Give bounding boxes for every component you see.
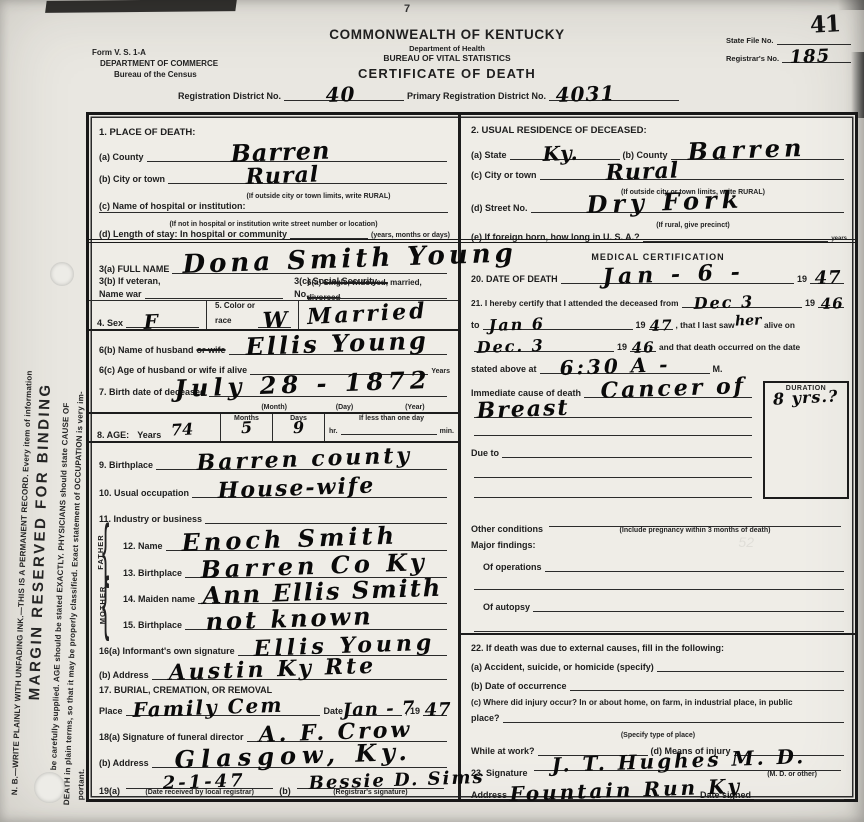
hole-punch (34, 772, 65, 803)
city-value: Rural (245, 163, 319, 188)
her-handwritten: her (734, 313, 761, 328)
row-physician-signature: 23. Signature J. T. Hughes M. D. (M. D. … (461, 755, 855, 779)
husband-age-suffix: Years (431, 368, 450, 375)
age-days-value: 9 (293, 420, 305, 437)
of-operations-label: Of operations (483, 562, 542, 572)
from-19: 19 (805, 298, 815, 308)
age-min-label: min. (440, 428, 454, 435)
row-funeral-director-address: (b) Address Glasgow, Ky. (89, 743, 458, 769)
bureau-name: Bureau of the Census (114, 69, 218, 80)
funeral-director-address-label: (b) Address (99, 758, 149, 768)
burial-date-label: Date (323, 706, 343, 716)
attended-from-year: 46 (820, 296, 843, 312)
county-label: (a) County (99, 152, 144, 162)
occupation-value: House-wife (217, 475, 375, 502)
res-city-value: Rural (606, 159, 680, 184)
age-years-label: Years (137, 430, 161, 440)
registration-district-row: Registration District No. 40 Primary Reg… (178, 88, 778, 101)
external-causes-title: 22. If death was due to external causes,… (471, 643, 724, 653)
scan-artifact-top-bar (45, 0, 237, 13)
last-19: 19 (617, 342, 627, 352)
funeral-director-address-value: Glasgow, Ky. (174, 740, 413, 772)
mother-name-label: 14. Maiden name (123, 594, 195, 604)
age-years-value: 74 (171, 421, 194, 438)
row-birth-date: 7. Birth date of deceased July 28 - 1872… (89, 376, 458, 412)
commonwealth-title: COMMONWEALTH OF KENTUCKY (292, 27, 602, 42)
row-husband-name: 6(b) Name of husband or wife Ellis Young (89, 331, 458, 356)
form-right-column: 2. USUAL RESIDENCE OF DECEASED: (a) Stat… (461, 115, 855, 799)
place-of-death-title: 1. PLACE OF DEATH: (99, 127, 195, 138)
street-value: Dry Fork (586, 188, 744, 217)
reg-district-value: 40 (325, 84, 356, 105)
sex-value: F (144, 311, 160, 332)
registrar-no-value: 185 (790, 48, 831, 67)
age-label: 8. AGE: (97, 430, 129, 440)
section-cause-of-death: DURATION 8 yrs.? Immediate cause of deat… (461, 377, 855, 511)
reg-district-label: Registration District No. (178, 91, 281, 101)
certify-line3: and that death occurred on the date (659, 342, 800, 352)
occupation-label: 10. Usual occupation (99, 488, 189, 498)
age-months-value: 5 (241, 420, 253, 437)
immediate-cause-value2: Breast (476, 397, 570, 422)
accident-label: (a) Accident, suicide, or homicide (spec… (471, 662, 654, 672)
row-physician-address: Address Fountain Run Ky Date signed (461, 779, 855, 801)
received-label: 19(a) (99, 786, 120, 796)
veteran-war-label: Name war (99, 289, 142, 299)
scan-artifact-corner (838, 0, 864, 10)
marital-status-value: Married (307, 300, 429, 328)
registrar-sig-label: (b) (279, 786, 291, 796)
header-file-numbers: State File No. 41 Registrar's No. 185 (726, 25, 854, 63)
row-other-conditions: Other conditions (Include pregnancy with… (461, 511, 855, 535)
row-industry: 11. Industry or business (89, 499, 458, 525)
row-birthplace: 9. Birthplace Barren county (89, 443, 458, 471)
birthplace-value: Barren county (196, 444, 412, 474)
form-left-column: 1. PLACE OF DEATH: (a) County Barren (b)… (89, 115, 461, 799)
row-full-name: 3(a) FULL NAME Dona Smith Young (89, 243, 458, 275)
mother-birthplace-value: not known (205, 604, 374, 634)
age-less-than-day-label: If less than one day (329, 415, 454, 422)
section-place-of-death: 1. PLACE OF DEATH: (a) County Barren (b)… (89, 115, 458, 243)
birth-date-value: July 28 - 1872 (174, 368, 432, 401)
other-conditions-hint: (Include pregnancy within 3 months of de… (543, 527, 847, 534)
informant-address-value: Austin Ky Rte (169, 655, 377, 684)
other-conditions-label: Other conditions (471, 524, 543, 534)
res-city-label: (c) City or town (471, 170, 537, 180)
industry-label: 11. Industry or business (99, 514, 202, 524)
immediate-cause-value: Cancer of (600, 375, 746, 402)
row-occupation: 10. Usual occupation House-wife (89, 471, 458, 499)
header-title-block: COMMONWEALTH OF KENTUCKY Department of H… (292, 27, 602, 81)
husband-label: 6(b) Name of husband (99, 345, 194, 355)
row-burial: 17. BURIAL, CREMATION, OR REMOVAL Place … (89, 681, 458, 719)
attended-to-year: 47 (650, 318, 673, 334)
certificate-form: 1. PLACE OF DEATH: (a) County Barren (b)… (86, 112, 858, 802)
sex-label: 4. Sex (97, 318, 123, 328)
registrar-signature-value: Bessie D. Sims (308, 769, 485, 793)
death-certificate-scan: 7 N. B.—WRITE PLAINLY WITH UNFADING INK.… (0, 0, 864, 822)
row-certification-statement: 21. I hereby certify that I attended the… (461, 285, 855, 377)
primary-district-value: 4031 (555, 83, 615, 105)
mother-block: MOTHER { 14. Maiden name Ann Ellis Smith… (89, 579, 458, 631)
due-to-label: Due to (471, 448, 499, 458)
physician-address-label: Address (471, 790, 507, 800)
hospital-label: (c) Name of hospital or institution: (99, 201, 246, 211)
major-findings-label: Major findings: (471, 540, 536, 550)
residence-title: 2. USUAL RESIDENCE OF DECEASED: (471, 125, 647, 136)
injury-where-label: (c) Where did injury occur? In or about … (471, 698, 793, 707)
am-pm-label: M. (713, 364, 723, 374)
burial-place-label: Place (99, 706, 123, 716)
street-label: (d) Street No. (471, 203, 528, 213)
certify-line1: 21. I hereby certify that I attended the… (471, 298, 679, 308)
margin-note-line4: portant. (76, 769, 86, 801)
informant-signature-label: 16(a) Informant's own signature (99, 646, 235, 656)
birthplace-label: 9. Birthplace (99, 460, 153, 470)
funeral-director-label: 18(a) Signature of funeral director (99, 732, 244, 742)
state-file-label: State File No. (726, 36, 774, 45)
state-value: Ky. (542, 143, 578, 164)
certify-line4: stated above at (471, 364, 537, 374)
page-mark: 7 (404, 3, 410, 15)
foreign-born-suffix: years (831, 236, 847, 242)
state-file-stamp: 41 (809, 10, 840, 39)
full-name-label: 3(a) FULL NAME (99, 264, 169, 274)
while-at-work-label: While at work? (471, 746, 535, 756)
birth-year-hint: (Year) (380, 404, 450, 411)
section-usual-residence: 2. USUAL RESIDENCE OF DECEASED: (a) Stat… (461, 115, 855, 243)
length-of-stay-label: (d) Length of stay: In hospital or commu… (99, 229, 287, 239)
father-name-label: 12. Name (123, 541, 163, 551)
husband-label-struck: or wife (197, 345, 226, 355)
informant-address-label: (b) Address (99, 670, 149, 680)
attended-to-value: Jan 6 (488, 316, 545, 334)
age-hr-label: hr. (329, 428, 338, 435)
bureau-vital-statistics: BUREAU OF VITAL STATISTICS (292, 53, 602, 63)
color-label-1: 5. Color or (215, 301, 255, 310)
row-informant-address: (b) Address Austin Ky Rte (89, 657, 458, 681)
certificate-title: CERTIFICATE OF DEATH (292, 66, 602, 81)
length-of-stay-hint: (years, months or days) (371, 232, 450, 239)
birth-day-hint: (Day) (309, 404, 379, 411)
res-county-value: Barren (687, 136, 806, 164)
duration-value: 8 yrs.? (773, 388, 839, 407)
date-of-death-value: Jan - 6 - (602, 261, 745, 288)
duration-box: DURATION 8 yrs.? (763, 381, 849, 499)
registrar-no-label: Registrar's No. (726, 54, 779, 63)
mother-brace: { (102, 562, 109, 645)
row-informant-signature: 16(a) Informant's own signature Ellis Yo… (89, 631, 458, 657)
section-external-causes: 22. If death was due to external causes,… (461, 633, 855, 755)
injury-place-label: place? (471, 713, 500, 723)
to-label: to (471, 320, 480, 330)
father-block: FATHER { 12. Name Enoch Smith 13. Birthp… (89, 525, 458, 579)
color-label-2: race (215, 316, 231, 325)
row-registrar: 19(a) 2-1-47 (Date received by local reg… (89, 769, 458, 797)
state-label: (a) State (471, 150, 507, 160)
occurrence-date-label: (b) Date of occurrence (471, 681, 567, 691)
header-agency-block: Form V. S. 1-A DEPARTMENT OF COMMERCE Bu… (92, 47, 218, 80)
burial-place-value: Family Cem (133, 695, 284, 720)
time-of-death-value: 6:30 A - (559, 354, 671, 378)
race-value: W (262, 309, 288, 332)
date-of-death-label: 20. DATE OF DEATH (471, 274, 558, 284)
certify-line2b: alive on (764, 320, 795, 330)
row-date-of-death: 20. DATE OF DEATH Jan - 6 - 19 47 (461, 261, 855, 285)
primary-district-label: Primary Registration District No. (407, 91, 546, 101)
father-birthplace-label: 13. Birthplace (123, 568, 182, 578)
street-hint: (If rural, give precinct) (656, 222, 730, 229)
mother-birthplace-label: 15. Birthplace (123, 620, 182, 630)
certify-line2a: , that I last saw (676, 320, 735, 330)
city-label: (b) City or town (99, 174, 165, 184)
burial-date-year: 47 (425, 701, 453, 720)
birth-month-hint: (Month) (239, 404, 309, 411)
city-hint: (If outside city or town limits, write R… (247, 193, 391, 200)
dod-19: 19 (797, 274, 807, 284)
dept-of-health: Department of Health (292, 44, 602, 53)
received-date-value: 2-1-47 (162, 772, 246, 793)
of-autopsy-label: Of autopsy (483, 602, 530, 612)
husband-name-value: Ellis Young (245, 329, 429, 359)
hole-punch (50, 262, 74, 286)
department-name: DEPARTMENT OF COMMERCE (100, 58, 218, 69)
injury-place-hint: (Specify type of place) (621, 732, 695, 739)
to-19: 19 (636, 320, 646, 330)
last-seen-value: Dec. 3 (476, 338, 545, 356)
form-number: Form V. S. 1-A (92, 47, 218, 58)
row-age: 8. AGE: Years 74 Months 5 Days 9 If less… (89, 412, 458, 443)
date-of-death-year: 47 (814, 269, 842, 288)
attended-from-value: Dec 3 (693, 294, 754, 312)
